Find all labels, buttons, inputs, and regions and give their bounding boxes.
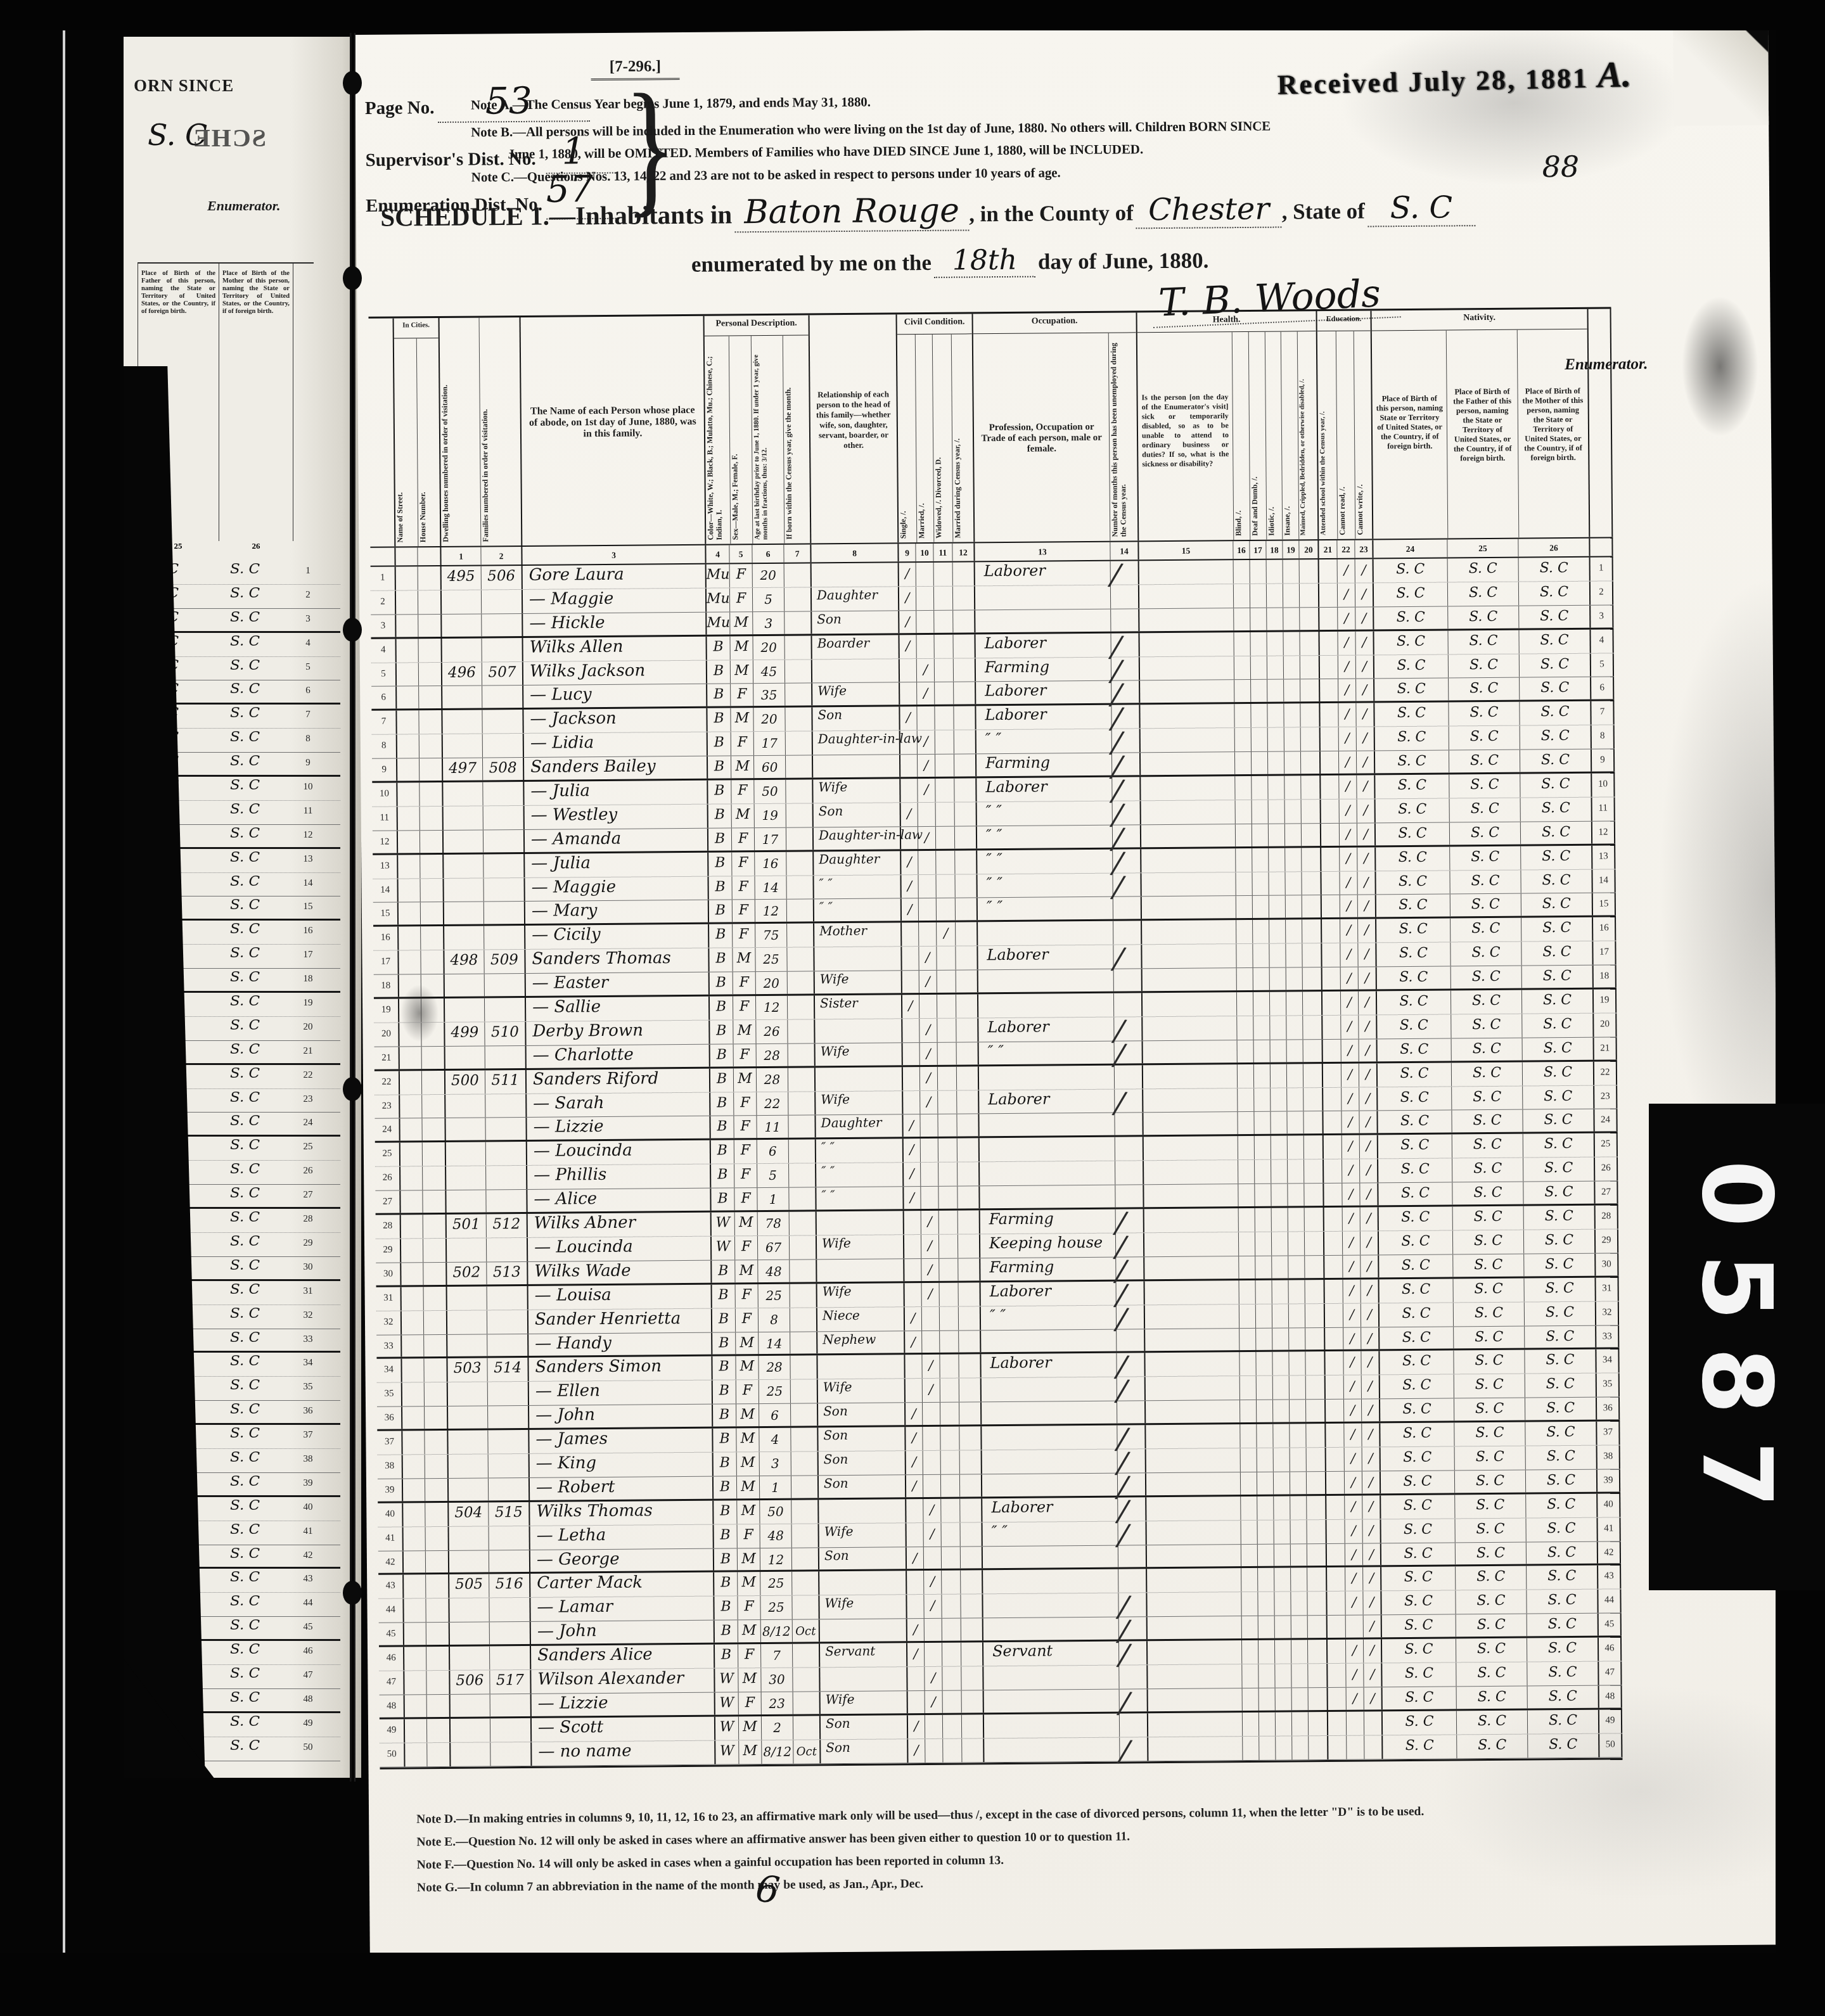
cell-idiotic — [1274, 1568, 1290, 1592]
cell-street — [402, 1575, 425, 1598]
cell-blind — [1239, 1376, 1256, 1400]
prev-mother-birthplace: S. C — [219, 1425, 293, 1448]
cell-single-mark: ∕ — [906, 1643, 924, 1666]
cell-widowed-mark — [937, 1042, 956, 1064]
row-number-left: 21 — [375, 1047, 399, 1069]
cell-dwelling-number — [442, 782, 482, 805]
checkmark: ∕ — [1113, 1037, 1125, 1072]
cell-insane — [1290, 1472, 1306, 1494]
cell-sickness — [1145, 1521, 1240, 1545]
cell-maimed — [1299, 584, 1318, 607]
cell-maimed — [1308, 1712, 1327, 1735]
cell-age: 78 — [757, 1212, 789, 1235]
row-number-left: 13 — [373, 855, 397, 878]
prev-born-since-fragment: ORN SINCE — [134, 76, 234, 96]
cell-father-birthplace: S. C — [1456, 1734, 1527, 1758]
cell-color: B — [708, 973, 733, 995]
cell-widowed-mark — [937, 995, 956, 1018]
cell-street — [397, 855, 419, 878]
cell-house — [419, 855, 442, 878]
cell-street — [396, 758, 419, 781]
cell-cannot-read: ∕ — [1341, 1063, 1359, 1087]
cell-deaf-dumb — [1250, 584, 1266, 608]
cell-birthplace: S. C — [1376, 1062, 1451, 1087]
cell-street — [403, 1623, 426, 1645]
prev-mother-birthplace: S. C — [219, 1689, 293, 1711]
cell-widowed-mark — [933, 634, 952, 658]
cell-idiotic — [1274, 1640, 1291, 1664]
cell-family-number — [485, 1142, 526, 1165]
stamp-letter: A. — [1597, 53, 1632, 95]
cell-married-mark: ∕ — [919, 971, 937, 993]
cell-insane — [1286, 1064, 1303, 1087]
cell-family-number — [483, 830, 523, 852]
cell-mother-birthplace: S. C — [1520, 750, 1591, 772]
cell-occupation — [978, 1161, 1115, 1186]
cell-relationship: Son — [817, 1427, 904, 1451]
cell-name: — Robert — [528, 1476, 712, 1500]
prev-row-number: 18 — [293, 969, 323, 991]
cell-cannot-read: ∕ — [1342, 1208, 1360, 1231]
cell-house — [425, 1479, 447, 1501]
cell-cannot-write: ∕ — [1362, 1447, 1380, 1471]
prev-mother-birthplace: S. C — [219, 1617, 293, 1639]
cell-cannot-write: ∕ — [1355, 703, 1373, 727]
cell-color: B — [713, 1597, 737, 1620]
cell-widowed-mark — [937, 1090, 956, 1114]
cell-married-mark: ∕ — [923, 1522, 941, 1546]
binding-knot — [343, 1077, 362, 1101]
cell-street — [395, 687, 418, 709]
cell-sickness — [1140, 848, 1235, 872]
row-number-left: 2 — [371, 590, 395, 614]
header-col26: Place of Birth of the Mother of this per… — [1516, 329, 1589, 538]
cell-birth-month — [785, 779, 812, 803]
cell-idiotic — [1271, 1160, 1287, 1183]
cell-cannot-write: ∕ — [1362, 1519, 1380, 1543]
cell-age: 23 — [761, 1692, 793, 1714]
row-number-right: 24 — [1593, 1109, 1617, 1132]
prev-row-number: 10 — [293, 777, 323, 800]
cell-sickness — [1145, 1472, 1240, 1495]
page-no-label: Page No. — [365, 98, 435, 119]
cell-house — [418, 710, 441, 734]
cell-attended-school — [1321, 992, 1340, 1015]
prev-mother-birthplace: S. C — [219, 1737, 293, 1761]
cell-name: — Louisa — [527, 1284, 711, 1309]
row-number-left: 9 — [372, 759, 396, 781]
cell-single-mark — [904, 1283, 921, 1306]
cell-sex: M — [735, 1332, 758, 1355]
cell-relationship: Wife — [812, 779, 899, 803]
cell-widowed-mark — [935, 755, 954, 777]
cell-relationship: Wife — [814, 1043, 902, 1066]
cell-relationship: Son — [817, 1403, 904, 1426]
cell-dwelling-number — [446, 1286, 487, 1310]
cell-relationship: ″ ″ — [813, 899, 900, 922]
cell-house — [423, 1358, 446, 1382]
prev-row-number: 8 — [293, 729, 323, 752]
cell-maimed — [1299, 559, 1318, 583]
cell-father-birthplace: S. C — [1456, 1710, 1527, 1734]
cell-family-number — [489, 1646, 530, 1669]
cell-house — [418, 615, 440, 637]
cell-mother-birthplace: S. C — [1518, 582, 1589, 606]
cell-name: Wilks Wade — [527, 1260, 710, 1284]
cell-blind — [1241, 1544, 1257, 1566]
cell-father-birthplace: S. C — [1450, 942, 1521, 966]
cell-blind — [1240, 1496, 1257, 1520]
prev-row-number: 19 — [293, 993, 323, 1016]
cell-dwelling-number: 499 — [444, 1022, 484, 1045]
column-number-1: 1 — [440, 547, 480, 565]
cell-age: 8/12 — [761, 1740, 793, 1763]
cell-occupation — [981, 1473, 1117, 1496]
cell-relationship — [811, 659, 899, 683]
cell-sickness — [1141, 944, 1236, 968]
cell-blind — [1239, 1305, 1255, 1328]
cell-father-birthplace: S. C — [1451, 1110, 1522, 1133]
cell-birth-month — [793, 1716, 819, 1739]
cell-attended-school — [1324, 1280, 1343, 1303]
cell-sickness — [1140, 800, 1235, 824]
cell-married-mark: ∕ — [919, 1067, 937, 1090]
cell-age: 1 — [759, 1476, 791, 1498]
cell-idiotic — [1270, 1088, 1286, 1111]
cell-attended-school — [1325, 1472, 1344, 1494]
cell-months-unemployed: ∕ — [1110, 561, 1138, 584]
cell-family-number — [482, 734, 523, 757]
cell-house — [425, 1550, 448, 1573]
cell-maimed — [1302, 1016, 1321, 1039]
cell-mother-birthplace: S. C — [1521, 990, 1592, 1014]
cell-deaf-dumb — [1255, 1256, 1271, 1279]
cell-maimed — [1303, 1064, 1322, 1087]
cell-street — [395, 663, 418, 686]
cell-cannot-write: ∕ — [1362, 1471, 1380, 1493]
cell-father-birthplace: S. C — [1456, 1662, 1527, 1687]
cell-attended-school — [1326, 1616, 1345, 1638]
cell-birthplace: S. C — [1377, 1183, 1452, 1206]
cell-attended-school — [1322, 1111, 1341, 1133]
checkmark: ∕ — [1113, 941, 1125, 976]
cell-married-mark — [921, 1330, 939, 1353]
cell-married-mark — [923, 1475, 940, 1497]
column-number-7: 7 — [783, 544, 810, 562]
prev-mother-birthplace: S. C — [219, 1257, 293, 1279]
cell-deaf-dumb — [1255, 1280, 1272, 1303]
cell-single-mark — [903, 1211, 921, 1234]
census-table: In Cities. Name of Street. House Number.… — [369, 307, 1623, 1769]
cell-mother-birthplace: S. C — [1526, 1566, 1597, 1590]
cell-insane — [1283, 584, 1299, 607]
header-col19: Insane, /. — [1281, 331, 1298, 539]
column-number-12: 12 — [952, 543, 973, 561]
cell-married-in-year — [961, 1618, 982, 1640]
cell-color: B — [709, 1116, 733, 1139]
cell-birthplace: S. C — [1380, 1519, 1454, 1543]
cell-blind — [1234, 680, 1250, 702]
cell-occupation — [978, 1185, 1115, 1209]
cell-widowed-mark — [938, 1235, 957, 1258]
cell-cannot-read: ∕ — [1342, 1232, 1360, 1255]
cell-birthplace: S. C — [1374, 774, 1449, 798]
cell-father-birthplace: S. C — [1456, 1614, 1527, 1637]
cell-mother-birthplace: S. C — [1525, 1517, 1596, 1541]
page-corner-fold — [1673, 23, 1769, 125]
cell-father-birthplace: S. C — [1456, 1686, 1527, 1709]
cell-idiotic — [1269, 1016, 1286, 1039]
cell-house — [423, 1311, 446, 1334]
cell-dwelling-number — [448, 1550, 489, 1573]
cell-attended-school — [1320, 800, 1339, 823]
cell-street — [395, 590, 418, 614]
cell-father-birthplace: S. C — [1450, 1014, 1521, 1038]
table-header: In Cities. Name of Street. House Number.… — [369, 309, 1613, 547]
cell-idiotic — [1272, 1280, 1288, 1303]
cell-father-birthplace: S. C — [1450, 918, 1521, 942]
cell-name: Derby Brown — [525, 1021, 708, 1045]
group-personal-description: Personal Description. Color—White, W.; B… — [703, 315, 810, 544]
cell-dwelling-number — [445, 1238, 486, 1261]
cell-widowed-mark — [939, 1306, 958, 1330]
cell-idiotic — [1275, 1736, 1291, 1759]
cell-married-in-year — [956, 1090, 978, 1114]
cell-idiotic — [1268, 872, 1284, 895]
cell-insane — [1283, 680, 1300, 702]
group-health: Health. Is the person [on the day of the… — [1136, 311, 1318, 540]
cell-dwelling-number — [447, 1478, 488, 1500]
cell-single-mark: ∕ — [902, 1115, 919, 1137]
header-col2: Families numbered in order of visitation… — [479, 317, 522, 545]
header-col9: Single, /. — [897, 335, 916, 542]
cell-single-mark: ∕ — [904, 1307, 921, 1330]
cell-married-in-year — [953, 682, 975, 705]
row-number-right: 22 — [1593, 1061, 1617, 1085]
cell-insane — [1288, 1352, 1305, 1375]
cell-age: 28 — [756, 1068, 788, 1091]
cell-birthplace: S. C — [1376, 1038, 1451, 1061]
cell-relationship: Son — [817, 1451, 905, 1475]
cell-birthplace: S. C — [1381, 1639, 1456, 1663]
cell-relationship: ″ ″ — [815, 1187, 902, 1209]
cell-attended-school — [1322, 1087, 1341, 1111]
cell-mother-birthplace: S. C — [1523, 1254, 1594, 1277]
cell-cannot-write: ∕ — [1360, 1231, 1378, 1254]
cell-sickness — [1146, 1616, 1241, 1639]
previous-page-strip: ORN SINCE S. C SCHE Enumerator. Place of… — [124, 37, 361, 1778]
cell-house — [420, 902, 443, 924]
cell-married-mark: ∕ — [923, 1595, 941, 1618]
cell-birth-month — [786, 876, 812, 899]
cell-house — [425, 1455, 447, 1478]
cell-deaf-dumb — [1252, 920, 1269, 943]
cell-attended-school — [1324, 1400, 1343, 1422]
cell-cannot-read: ∕ — [1341, 1087, 1359, 1111]
cell-mother-birthplace: S. C — [1519, 653, 1590, 677]
cell-cannot-write: ∕ — [1359, 1183, 1377, 1206]
cell-cannot-write: ∕ — [1362, 1567, 1380, 1591]
cell-attended-school — [1324, 1375, 1343, 1399]
cell-birthplace: S. C — [1374, 798, 1449, 822]
cell-family-number — [485, 1190, 526, 1212]
cell-deaf-dumb — [1252, 800, 1268, 824]
cell-blind — [1234, 704, 1250, 727]
cell-occupation: Laborer — [975, 777, 1111, 802]
cell-relationship — [810, 563, 898, 587]
cell-cannot-read: ∕ — [1340, 967, 1358, 990]
cell-color: Mu — [705, 564, 729, 587]
cell-birthplace: S. C — [1378, 1327, 1453, 1349]
cell-widowed-mark — [933, 610, 952, 632]
cell-single-mark — [906, 1571, 923, 1594]
cell-sex: F — [736, 1380, 759, 1403]
cell-occupation: ″ ″ — [977, 897, 1113, 921]
cell-deaf-dumb — [1257, 1520, 1273, 1543]
cell-mother-birthplace: S. C — [1518, 606, 1589, 628]
cell-blind — [1241, 1592, 1257, 1616]
header-col11: Widowed, /. Divorced, D. — [932, 335, 952, 542]
cell-name: — Letha — [529, 1524, 713, 1549]
prev-row-number: 47 — [293, 1665, 323, 1688]
cell-cannot-write: ∕ — [1361, 1375, 1379, 1399]
cell-attended-school — [1321, 919, 1340, 943]
cell-birth-month — [790, 1356, 816, 1379]
checkmark: ∕ — [1114, 1085, 1126, 1120]
cell-married-mark — [922, 1427, 940, 1450]
cell-occupation — [980, 1401, 1117, 1425]
cell-deaf-dumb — [1258, 1640, 1274, 1664]
cell-blind — [1237, 1064, 1253, 1088]
cell-street — [399, 1119, 421, 1141]
cell-married-mark — [918, 803, 935, 826]
cell-birthplace: S. C — [1374, 871, 1449, 895]
cell-idiotic — [1267, 752, 1284, 774]
cell-dwelling-number — [442, 734, 482, 758]
cell-color: B — [709, 1068, 733, 1092]
cell-house — [426, 1719, 449, 1742]
cell-blind — [1238, 1208, 1255, 1232]
cell-street — [397, 879, 419, 902]
cell-mother-birthplace: S. C — [1523, 1277, 1594, 1301]
cell-idiotic — [1269, 920, 1285, 943]
prev-row-number: 13 — [293, 849, 323, 872]
row-number-right: 39 — [1596, 1469, 1620, 1491]
checkmark: ∕ — [1116, 1373, 1128, 1408]
enumerated-line: enumerated by me on the 18th day of June… — [691, 242, 1209, 279]
prev-mother-birthplace: S. C — [219, 1521, 293, 1545]
cell-color: B — [714, 1621, 738, 1643]
cell-dwelling-number: 495 — [440, 566, 481, 589]
cell-color: W — [714, 1716, 738, 1740]
cell-maimed — [1307, 1544, 1326, 1566]
cell-insane — [1290, 1544, 1307, 1566]
cell-birth-month — [790, 1404, 817, 1426]
cell-idiotic — [1269, 896, 1285, 918]
cell-cannot-read: ∕ — [1343, 1400, 1361, 1422]
row-number-right: 12 — [1591, 821, 1615, 843]
cell-relationship: ″ ″ — [812, 875, 900, 899]
cell-dwelling-number — [446, 1310, 487, 1334]
cell-sex: F — [729, 564, 752, 587]
cell-house — [425, 1598, 448, 1622]
cell-street — [400, 1263, 423, 1285]
cell-mother-birthplace: S. C — [1526, 1541, 1597, 1564]
cell-insane — [1284, 848, 1301, 871]
cell-sickness — [1139, 704, 1234, 728]
cell-birth-month — [786, 948, 813, 971]
cell-married-in-year — [955, 922, 977, 946]
cell-single-mark — [899, 659, 916, 682]
cell-insane — [1287, 1160, 1303, 1183]
cell-name: — no name — [530, 1740, 714, 1765]
cell-idiotic — [1272, 1376, 1289, 1400]
group-nativity: Nativity. Place of Birth of this person,… — [1370, 309, 1589, 539]
cell-relationship: Wife — [818, 1523, 906, 1547]
cell-blind — [1236, 968, 1253, 990]
cell-age: 8 — [758, 1308, 790, 1331]
cell-sickness — [1141, 1016, 1236, 1040]
cell-widowed-mark — [940, 1498, 959, 1522]
cell-color: B — [707, 852, 731, 876]
cell-sickness — [1144, 1305, 1239, 1329]
prev-row-number: 22 — [293, 1065, 323, 1088]
cell-color: B — [707, 828, 731, 850]
cell-maimed — [1305, 1304, 1324, 1327]
stray-pen-mark: 6 — [753, 1866, 783, 1912]
cell-occupation — [980, 1329, 1116, 1353]
cell-relationship: Son — [811, 707, 899, 731]
cell-age: 26 — [755, 1020, 787, 1043]
cell-idiotic — [1270, 1064, 1286, 1087]
cell-months-unemployed: ∕ — [1115, 1257, 1143, 1279]
cell-name: — Scott — [530, 1716, 714, 1741]
cell-cannot-read: ∕ — [1338, 703, 1355, 727]
cell-months-unemployed: ∕ — [1117, 1473, 1145, 1495]
cell-married-mark: ∕ — [921, 1355, 939, 1378]
prev-row-number: 31 — [293, 1281, 323, 1305]
column-number-26: 26 — [1518, 539, 1589, 557]
row-number-right: 47 — [1598, 1661, 1622, 1685]
cell-birth-month — [793, 1692, 819, 1714]
cell-married-mark — [916, 587, 933, 610]
cell-widowed-mark — [935, 850, 954, 874]
cell-attended-school — [1326, 1543, 1345, 1566]
cell-months-unemployed — [1115, 1137, 1143, 1161]
cell-name: — Alice — [526, 1189, 710, 1212]
prev-mother-birthplace: S. C — [219, 729, 293, 752]
cell-house — [420, 926, 443, 950]
prev-mother-birthplace: S. C — [219, 921, 293, 944]
cell-idiotic — [1267, 680, 1283, 702]
cell-deaf-dumb — [1251, 752, 1267, 774]
cell-sex: M — [736, 1452, 759, 1476]
cell-insane — [1288, 1256, 1304, 1278]
prev-mother-birthplace: S. C — [219, 993, 293, 1016]
cell-sex: M — [733, 1068, 756, 1092]
prev-row-number: 11 — [293, 801, 323, 824]
cell-age: 14 — [754, 876, 786, 899]
cell-attended-school — [1320, 871, 1339, 895]
cell-relationship — [814, 1019, 901, 1043]
cell-idiotic — [1268, 848, 1284, 871]
cell-idiotic — [1266, 632, 1283, 655]
cell-sickness — [1138, 584, 1233, 608]
cell-cannot-write: ∕ — [1357, 847, 1374, 871]
cell-age: 16 — [754, 852, 786, 875]
cell-birthplace: S. C — [1381, 1662, 1456, 1687]
cell-relationship: Daughter-in-law — [812, 827, 900, 850]
